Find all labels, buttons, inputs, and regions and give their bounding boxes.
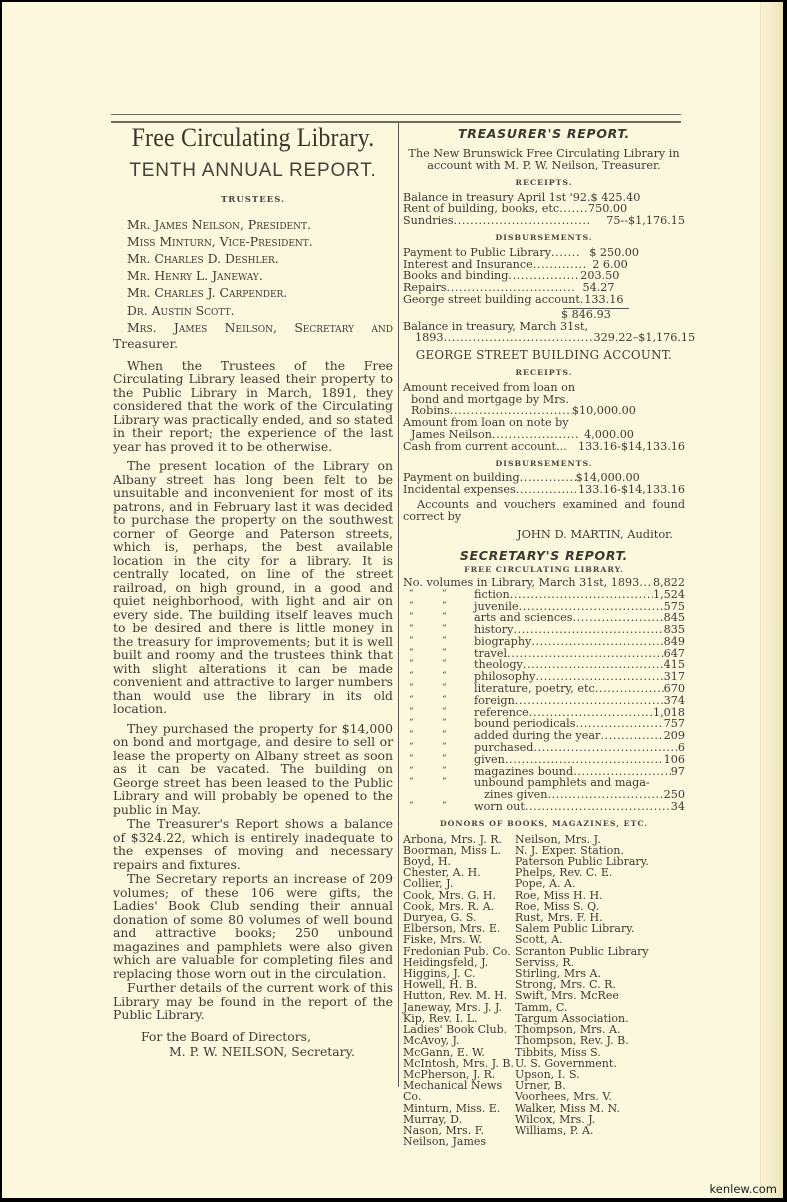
receipts-heading: RECEIPTS. [403, 367, 685, 379]
ditto-mark: “ [442, 718, 474, 730]
ditto-mark: “ [403, 612, 442, 624]
row-label: Payment on building [403, 472, 520, 484]
volume-row: ““given106 [403, 754, 685, 766]
ditto-mark: “ [403, 695, 442, 707]
ditto-mark: “ [403, 624, 442, 636]
right-column: TREASURER'S REPORT. The New Brunswick Fr… [403, 128, 685, 1147]
row-label: Amount from loan on note by [403, 417, 685, 429]
ditto-mark: “ [403, 636, 442, 648]
ditto-mark: “ [403, 754, 442, 766]
ditto-mark: “ [403, 766, 442, 778]
left-column: Free Circulating Library. TENTH ANNUAL R… [113, 120, 393, 1059]
row-amount: $10,000.00 [572, 405, 636, 417]
disbursements-heading: DISBURSEMENTS. [403, 458, 685, 470]
trustee-item: Miss Minturn, Vice-President. [127, 233, 393, 250]
row-label: Balance in treasury April 1st '92. [403, 192, 591, 204]
row-value: 97 [671, 766, 685, 778]
watermark: kenlew.com [710, 1182, 777, 1196]
ditto-mark: “ [442, 683, 474, 695]
donor-item: Swift, Mrs. McRee [515, 990, 649, 1001]
row-value: 8,822 [653, 577, 685, 589]
ditto-mark: “ [403, 707, 442, 719]
ditto-mark: “ [442, 766, 474, 778]
disbursement-subtotal: $ 846.93 [561, 309, 685, 321]
donors-left-column: Arbona, Mrs. J. R.Boorman, Miss L.Boyd, … [403, 834, 515, 1148]
row-label: biography [474, 636, 531, 648]
trustee-item: Mr. Charles J. Carpender. [127, 284, 393, 301]
trustee-item: Mr. Charles D. Deshler. [127, 250, 393, 267]
balance-row: 1893 329.22–$1,176.15 [403, 332, 685, 344]
auditor-signature: JOHN D. MARTIN, Auditor. [403, 529, 673, 541]
trustees-heading: TRUSTEES. [113, 194, 393, 208]
row-value: 1,524 [653, 589, 685, 601]
row-value: 374 [664, 695, 685, 707]
row-label: Rent of building, books, etc [403, 203, 559, 215]
document-page: Free Circulating Library. TENTH ANNUAL R… [2, 2, 783, 1198]
row-label: Payment to Public Library [403, 247, 551, 259]
ditto-mark: “ [403, 718, 442, 730]
ditto-mark: “ [403, 730, 442, 742]
page-title: Free Circulating Library. [124, 122, 382, 154]
donor-item: Collier, J. [403, 878, 515, 889]
volume-row: ““fiction1,524 [403, 589, 685, 601]
disbursement-row: George street building account. 133.16 [403, 294, 685, 306]
intro-line: account with M. P. W. Neilson, Treasurer… [403, 160, 685, 172]
ditto-mark: “ [442, 777, 474, 789]
receipt-row: Balance in treasury April 1st '92. $ 425… [403, 192, 685, 204]
ditto-mark: “ [442, 801, 474, 813]
ditto-mark: “ [442, 707, 474, 719]
donors-right-column: Neilson, Mrs. J.N. J. Exper. Station.Pat… [515, 834, 649, 1148]
receipt-row: Sundries 75--$1,176.15 [403, 215, 685, 227]
disbursement-row: Incidental expenses 133.16-$14,133.16 [403, 484, 685, 496]
ditto-mark: “ [442, 659, 474, 671]
row-amount: 4,000.00 [578, 429, 634, 441]
ditto-mark: “ [442, 730, 474, 742]
trustee-item: Dr. Austin Scott. [127, 302, 393, 319]
ditto-mark: “ [442, 648, 474, 660]
row-amount: $ 250.00 [581, 247, 639, 259]
report-subtitle: TENTH ANNUAL REPORT. [113, 158, 393, 184]
row-label: Amount received from loan on [403, 382, 685, 394]
page-edge [760, 2, 783, 1198]
ditto-mark: “ [442, 612, 474, 624]
disbursement-row: Payment to Public Library $ 250.00 [403, 247, 685, 259]
donor-item: Hutton, Rev. M. H. [403, 990, 515, 1001]
donors-list: Arbona, Mrs. J. R.Boorman, Miss L.Boyd, … [403, 834, 685, 1148]
receipt-row: Cash from current account... 133.16-$14,… [403, 441, 685, 453]
volume-row: ““travel647 [403, 648, 685, 660]
signature: M. P. W. NEILSON, Secretary. [169, 1045, 393, 1059]
volume-rows: ““fiction1,524 ““juvenile575 ““arts and … [403, 589, 685, 813]
ditto-mark: “ [442, 695, 474, 707]
volume-row: ““foreign374 [403, 695, 685, 707]
ditto-mark: “ [442, 754, 474, 766]
volume-row: ““biography849 [403, 636, 685, 648]
treasurer-report-title: TREASURER'S REPORT. [403, 128, 685, 140]
row-label: James Neilson [403, 429, 492, 441]
trustee-item: Mr. James Neilson, President. [127, 216, 393, 233]
volume-row: ““purchased6 [403, 742, 685, 754]
secretary-subheading: FREE CIRCULATING LIBRARY. [403, 564, 685, 576]
row-value: 34 [671, 801, 685, 813]
row-label: Incidental expenses [403, 484, 516, 496]
ditto-mark: “ [403, 671, 442, 683]
row-value: 106 [664, 754, 685, 766]
disbursement-row: Interest and Insurance 2 6.00 [403, 259, 685, 271]
row-label: 1893 [403, 332, 443, 344]
disbursement-row: Books and binding 203.50 [403, 270, 685, 282]
volume-row: ““arts and sciences845 [403, 612, 685, 624]
intro-line: The New Brunswick Free Circulating Libra… [403, 148, 685, 160]
disbursement-row: Repairs 54.27 [403, 282, 685, 294]
volume-row: ““worn out34 [403, 801, 685, 813]
ditto-mark: “ [403, 777, 442, 789]
donor-item: Mechanical News Co. [403, 1080, 515, 1102]
receipts-heading: RECEIPTS. [403, 177, 685, 189]
receipt-row: James Neilson 4,000.00 [403, 429, 685, 441]
row-total: 75--$1,176.15 [590, 215, 685, 227]
body-paragraph: Further details of the current work of t… [113, 981, 393, 1022]
body-paragraph: The Treasurer's Report shows a balance o… [113, 817, 393, 871]
body-paragraph: They purchased the property for $14,000 … [113, 722, 393, 817]
ditto-mark: “ [403, 683, 442, 695]
volume-row: zines given250 [403, 789, 685, 801]
row-label: George street building account. [403, 294, 583, 306]
donor-item: Neilson, James [403, 1136, 515, 1147]
row-label: Repairs [403, 282, 447, 294]
trustees-list: Mr. James Neilson, President. Miss Mintu… [113, 216, 393, 351]
ditto-mark: “ [442, 589, 474, 601]
george-street-title: GEORGE STREET BUILDING ACCOUNT. [403, 350, 685, 362]
donor-item: Williams, P. A. [515, 1125, 649, 1136]
signoff: For the Board of Directors, [141, 1030, 393, 1044]
disbursements-heading: DISBURSEMENTS. [403, 232, 685, 244]
ditto-mark: “ [442, 624, 474, 636]
row-amount: 133.16 [583, 294, 623, 306]
row-label: bond and mortgage by Mrs. [403, 394, 685, 406]
ditto-mark: “ [403, 648, 442, 660]
secretary-report-title: SECRETARY'S REPORT. [403, 550, 685, 562]
ditto-mark: “ [442, 742, 474, 754]
ditto-mark: “ [442, 601, 474, 613]
row-label: given [474, 754, 505, 766]
row-total: 329.22–$1,176.15 [593, 332, 695, 344]
body-paragraph: When the Trustees of the Free Circulatin… [113, 359, 393, 454]
trustee-item: Mrs. James Neilson, Secretary and [127, 319, 393, 336]
donor-item: Pope, A. A. [515, 878, 649, 889]
donors-heading: DONORS OF BOOKS, MAGAZINES, ETC. [403, 818, 685, 830]
volume-row: No. volumes in Library, March 31st, 1893… [403, 577, 685, 589]
donor-item: Fiske, Mrs. W. [403, 934, 515, 945]
row-label: Sundries [403, 215, 454, 227]
row-label: Interest and Insurance [403, 259, 533, 271]
donor-item: Thompson, Rev. J. B. [515, 1035, 649, 1046]
treasurer-intro: The New Brunswick Free Circulating Libra… [403, 148, 685, 172]
row-label: worn out [474, 801, 525, 813]
ditto-mark: “ [403, 659, 442, 671]
row-label: No. volumes in Library, March 31st, 1893 [403, 577, 639, 589]
donor-item: Voorhees, Mrs. V. [515, 1091, 649, 1102]
donor-item: McAvoy, J. [403, 1035, 515, 1046]
body-paragraph: The Secretary reports an increase of 209… [113, 872, 393, 980]
donor-item: Scott, A. [515, 934, 649, 945]
row-total: 133.16-$14,133.16 [567, 441, 685, 453]
audit-note: Accounts and vouchers examined and found… [403, 499, 685, 523]
ditto-mark: “ [403, 801, 442, 813]
row-label: foreign [474, 695, 515, 707]
column-divider [398, 122, 399, 1087]
volume-row: ““added during the year209 [403, 730, 685, 742]
ditto-mark: “ [403, 601, 442, 613]
row-label: Cash from current account... [403, 441, 567, 453]
row-label: Books and binding [403, 270, 508, 282]
ditto-mark: “ [403, 742, 442, 754]
ditto-mark: “ [403, 589, 442, 601]
ditto-mark: “ [442, 671, 474, 683]
ditto-mark: “ [442, 636, 474, 648]
body-paragraph: The present location of the Library on A… [113, 459, 393, 716]
volume-row: ““literature, poetry, etc670 [403, 683, 685, 695]
volume-row: ““history835 [403, 624, 685, 636]
trustee-item: Mr. Henry L. Janeway. [127, 267, 393, 284]
row-label: fiction [474, 589, 510, 601]
row-total: 133.16-$14,133.16 [576, 484, 685, 496]
trustee-item-continued: Treasurer. [113, 336, 393, 351]
row-value: 849 [664, 636, 685, 648]
volume-row: ““theology415 [403, 659, 685, 671]
